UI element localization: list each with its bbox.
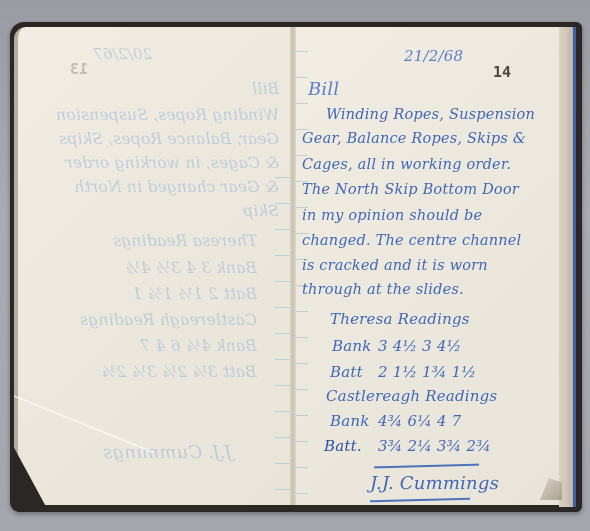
left-bleed-line: Castlereagh Readings xyxy=(80,311,257,329)
right-page-date: 21/2/68 xyxy=(404,47,463,65)
note-line: in my opinion should be xyxy=(302,208,482,224)
left-page-number: 13 xyxy=(70,60,88,78)
left-bleed-line: Bank 3 4 3½ 4½ xyxy=(125,259,257,277)
left-page-date: 20/2/67 xyxy=(93,45,152,63)
left-bleed-line: & Gear changed in North xyxy=(74,178,279,196)
note-line: is cracked and it is worn xyxy=(302,258,488,274)
reading-row-label: Bank xyxy=(330,412,370,430)
left-page: 13 20/2/67 Bill Winding Ropes, Suspensio… xyxy=(14,27,297,505)
left-bleed-line: & Cages, in working order xyxy=(65,154,279,172)
castlereagh-readings-heading: Castlereagh Readings xyxy=(326,387,497,405)
note-line: through at the slides. xyxy=(302,282,464,298)
note-line: The North Skip Bottom Door xyxy=(302,182,519,198)
left-bleed-line: Skip xyxy=(243,202,279,220)
note-line: changed. The centre channel xyxy=(302,233,521,249)
signature-rule xyxy=(374,464,479,468)
reading-row-label: Bank xyxy=(332,337,372,355)
note-line: Winding Ropes, Suspension xyxy=(326,107,535,123)
left-bleed-line: Theresa Readings xyxy=(113,232,257,250)
reading-row-values: 3 4½ 3 4½ xyxy=(378,337,461,355)
theresa-readings-heading: Theresa Readings xyxy=(330,310,470,328)
left-bleed-line: Gear, Balance Ropes, Skips xyxy=(59,130,279,148)
right-page: 21/2/68 14 Bill Winding Ropes, Suspensio… xyxy=(293,27,560,505)
book-gutter xyxy=(290,27,296,505)
left-bleed-line: Batt 2 1½ 1¾ 1 xyxy=(132,285,257,303)
signature-underline xyxy=(370,498,470,502)
reading-row-values: 3¾ 2¼ 3¾ 2¾ xyxy=(378,437,491,455)
salutation: Bill xyxy=(308,79,339,100)
left-bleed-signature: J.J. Cummings xyxy=(103,442,232,463)
right-page-number: 14 xyxy=(493,63,511,81)
reading-row-label: Batt. xyxy=(324,437,362,455)
page-block-edge xyxy=(559,27,576,507)
left-bleed-line: Batt 3¼ 2¼ 3¼ 2¾ xyxy=(101,363,257,381)
reading-row-values: 2 1½ 1¾ 1½ xyxy=(378,363,476,381)
left-bleed-line: Bill xyxy=(252,80,279,98)
reading-row-label: Batt xyxy=(330,363,363,381)
note-line: Cages, all in working order. xyxy=(302,157,511,173)
note-line: Gear, Balance Ropes, Skips & xyxy=(302,131,526,147)
reading-row-values: 4¾ 6¼ 4 7 xyxy=(378,412,461,430)
left-bleed-line: Winding Ropes, Suspension xyxy=(56,106,279,124)
signature: J.J. Cummings xyxy=(370,473,499,494)
left-bleed-line: Bank 4¼ 6 4 7 xyxy=(140,337,257,355)
